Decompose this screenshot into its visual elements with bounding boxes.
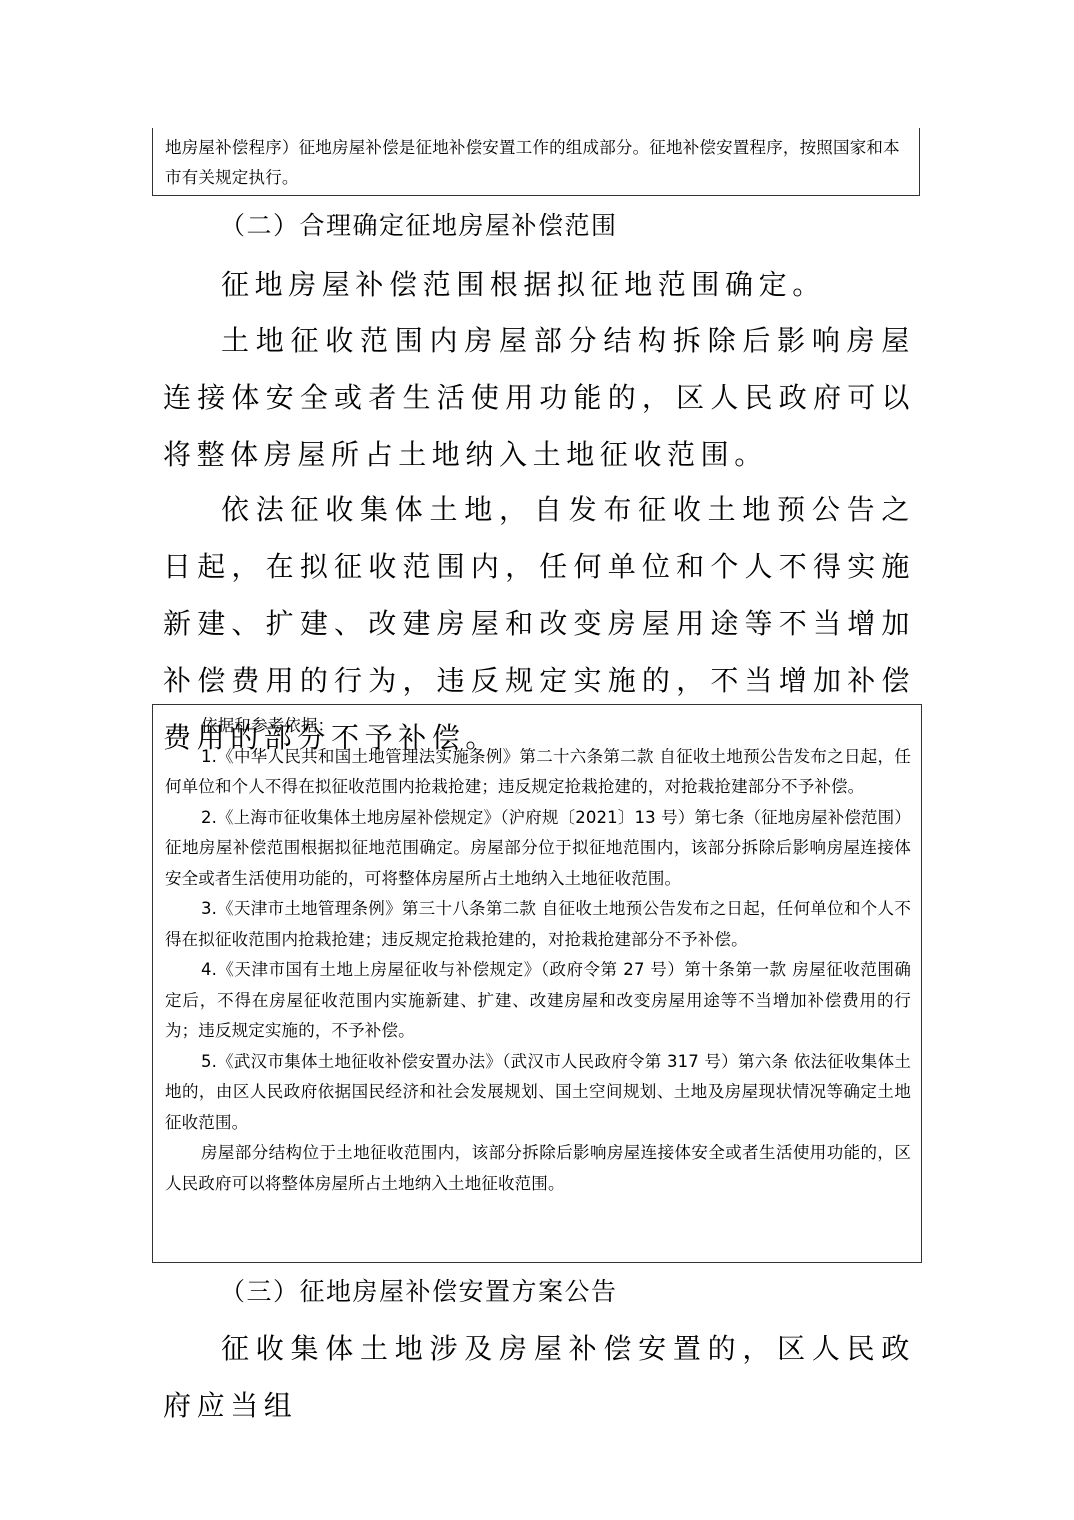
reference-item-5-continued: 房屋部分结构位于土地征收范围内，该部分拆除后影响房屋连接体安全或者生活使用功能的… <box>165 1138 911 1199</box>
reference-item-3: 3.《天津市土地管理条例》第三十八条第二款 自征收土地预公告发布之日起，任何单位… <box>165 894 911 955</box>
reference-item-4: 4.《天津市国有土地上房屋征收与补偿规定》（政府令第 27 号）第十条第一款 房… <box>165 955 911 1047</box>
section-3-paragraph-1: 征收集体土地涉及房屋补偿安置的，区人民政府应当组 <box>163 1320 915 1434</box>
reference-box: 依据和参考依据： 1.《中华人民共和国土地管理法实施条例》第二十六条第二款 自征… <box>152 704 922 1263</box>
section-2-paragraph-2: 土地征收范围内房屋部分结构拆除后影响房屋连接体安全或者生活使用功能的，区人民政府… <box>163 312 915 483</box>
reference-item-1: 1.《中华人民共和国土地管理法实施条例》第二十六条第二款 自征收土地预公告发布之… <box>165 742 911 803</box>
section-2-heading: （二）合理确定征地房屋补偿范围 <box>220 208 618 244</box>
reference-box-title: 依据和参考依据： <box>165 711 911 742</box>
reference-item-2: 2.《上海市征收集体土地房屋补偿规定》（沪府规〔2021〕13 号）第七条（征地… <box>165 803 911 895</box>
continued-reference-box: 地房屋补偿程序）征地房屋补偿是征地补偿安置工作的组成部分。征地补偿安置程序，按照… <box>152 128 920 196</box>
reference-item-5: 5.《武汉市集体土地征收补偿安置办法》（武汉市人民政府令第 317 号）第六条 … <box>165 1047 911 1139</box>
section-2-paragraph-1: 征地房屋补偿范围根据拟征地范围确定。 <box>163 256 915 313</box>
document-page: 地房屋补偿程序）征地房屋补偿是征地补偿安置工作的组成部分。征地补偿安置程序，按照… <box>0 0 1074 1520</box>
continued-reference-text: 地房屋补偿程序）征地房屋补偿是征地补偿安置工作的组成部分。征地补偿安置程序，按照… <box>165 138 900 187</box>
section-3-heading: （三）征地房屋补偿安置方案公告 <box>220 1274 618 1310</box>
